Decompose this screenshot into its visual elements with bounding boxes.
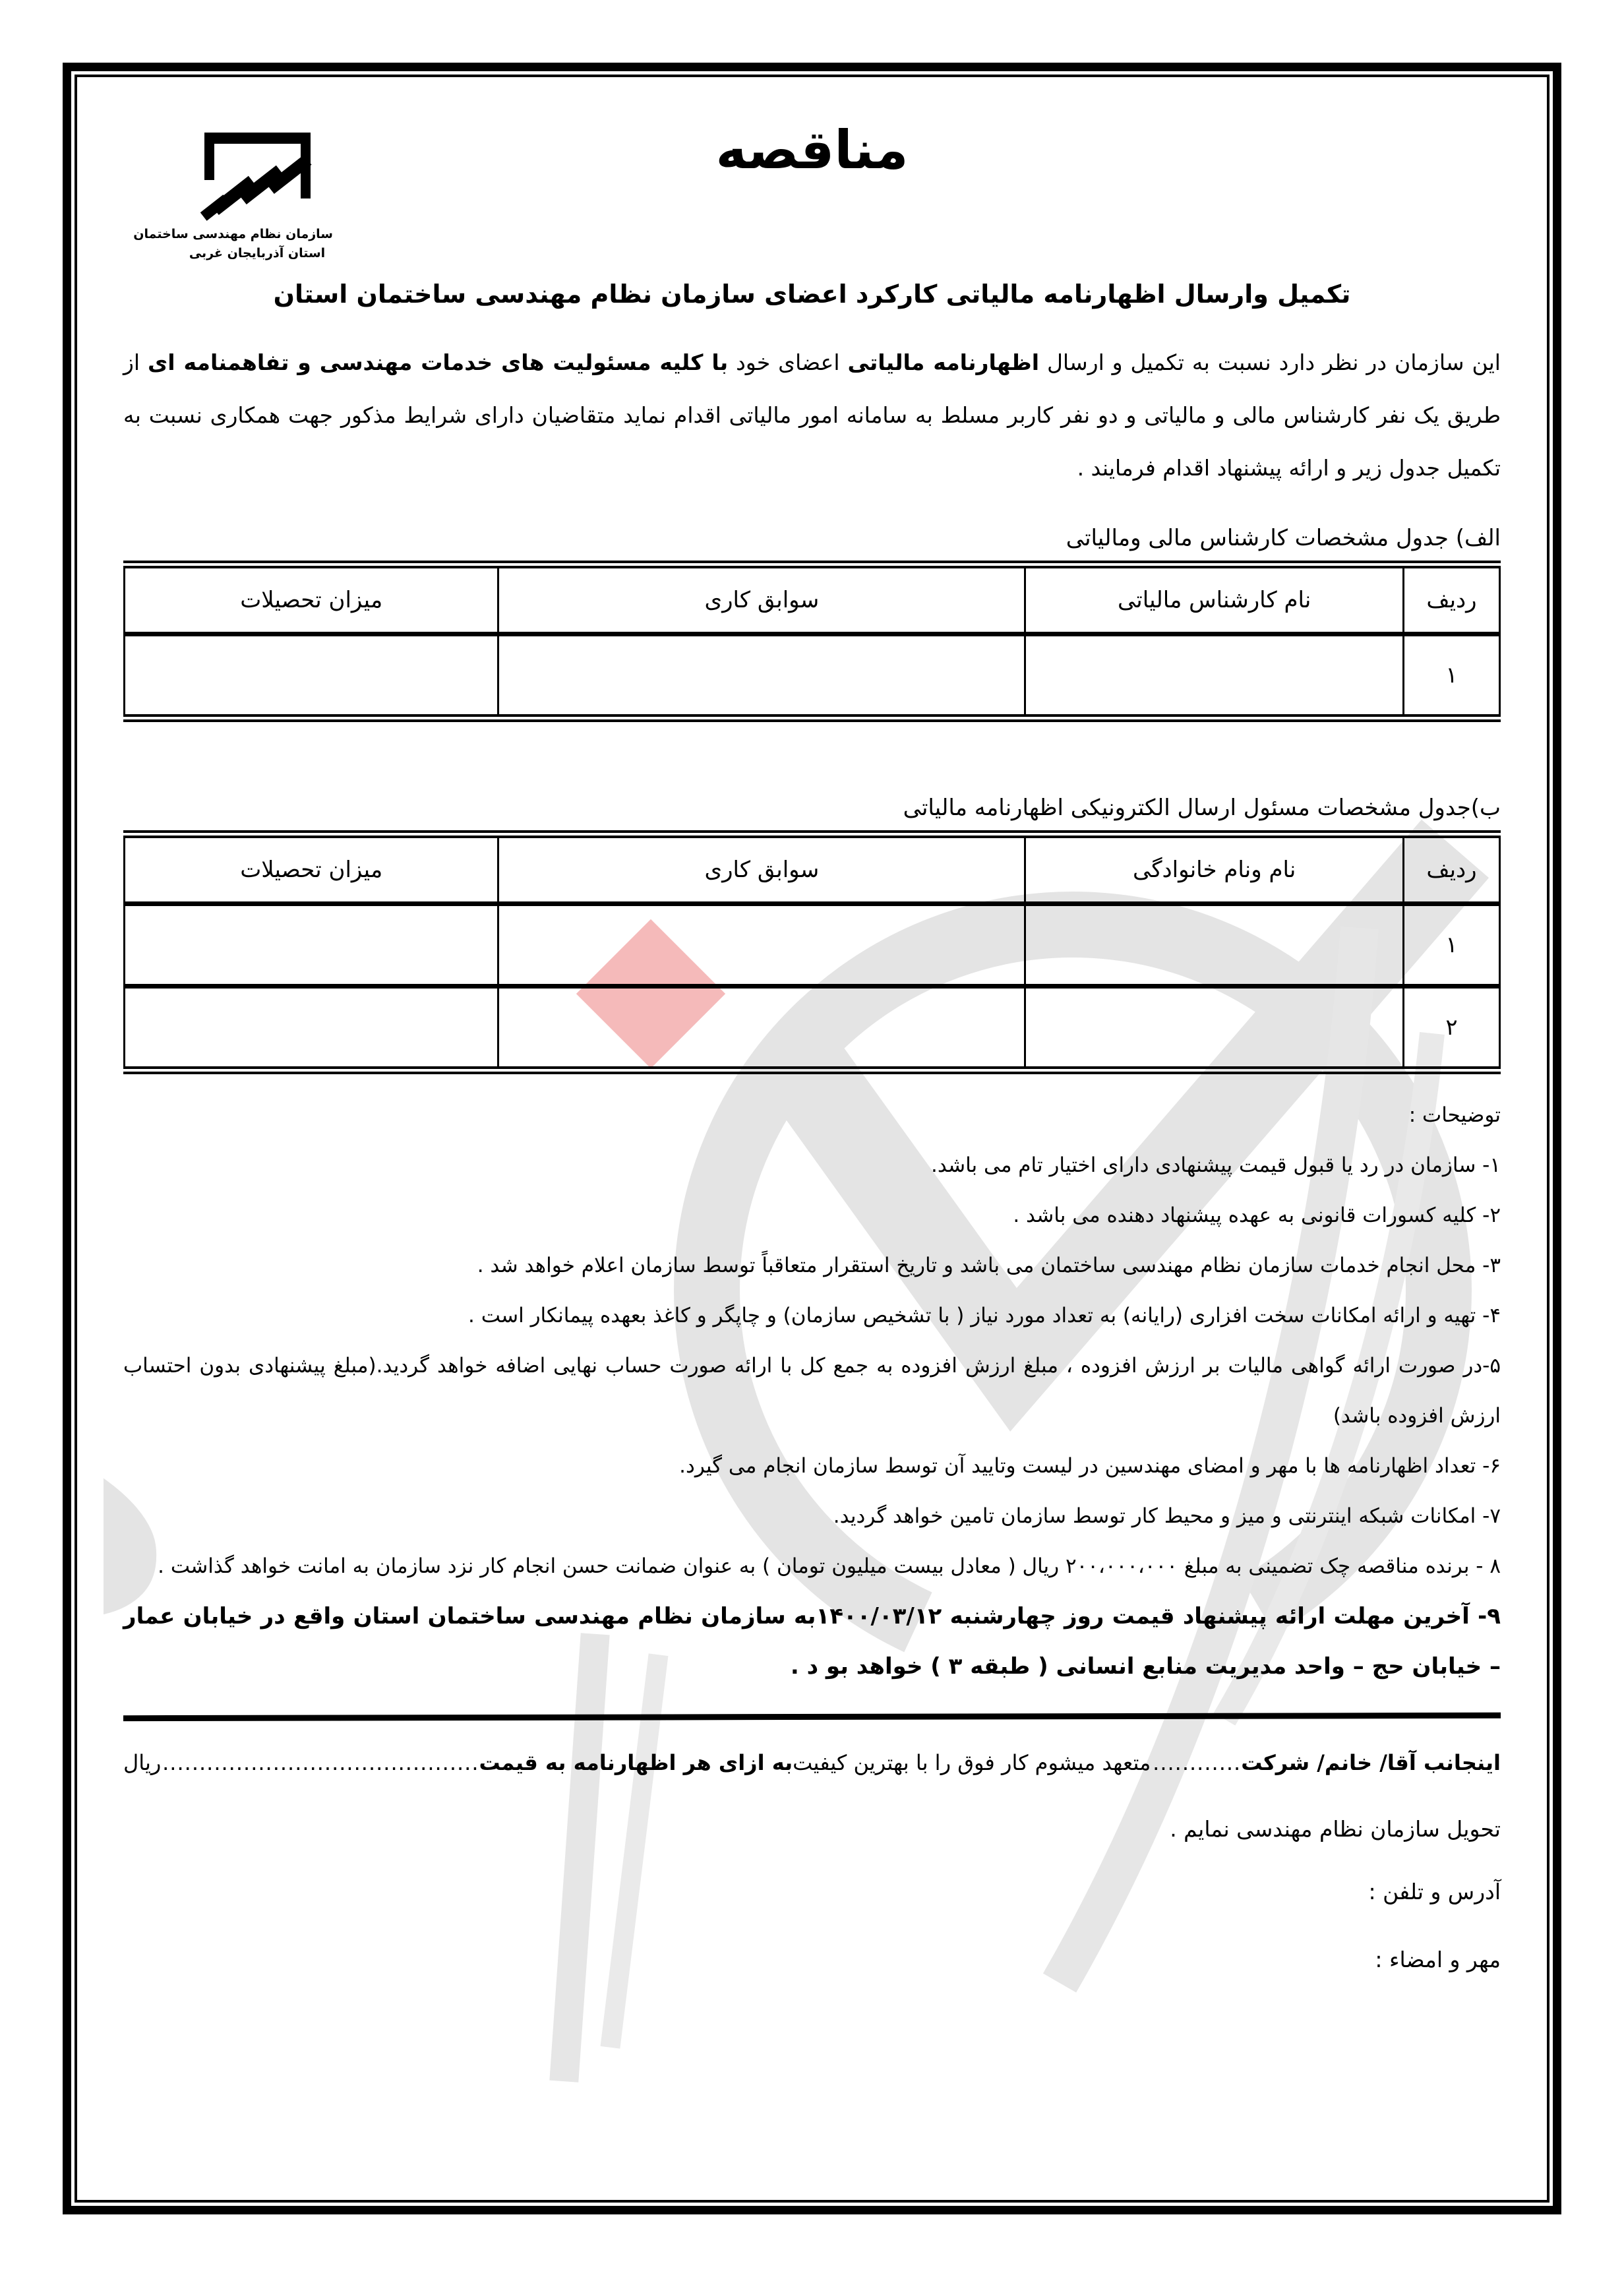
table-b-row2-education-cell: [125, 986, 498, 1070]
scanned-tender-document: { "header": { "title": "مناقصه", "subtit…: [0, 0, 1624, 2283]
table-b-row2-number: ۲: [1403, 986, 1499, 1070]
table-a-row1-experience-cell: [498, 634, 1025, 718]
table-b: ردیف نام ونام خانوادگی سوابق کاری میزان …: [123, 830, 1501, 1074]
note-item-7: ۷- امکانات شبکه اینترنتی و میز و محیط کا…: [123, 1491, 1501, 1541]
table-a-row1-education-cell: [125, 634, 498, 718]
note-item-6: ۶- تعداد اظهارنامه ها با مهر و امضای مهن…: [123, 1441, 1501, 1491]
organization-logo: سازمان نظام مهندسی ساختمان استان آذربایج…: [181, 126, 333, 264]
intro-paragraph: این سازمان در نظر دارد نسبت به تکمیل و ا…: [123, 336, 1501, 495]
notes-heading: توضیحات :: [123, 1090, 1501, 1140]
address-phone-label: آدرس و تلفن :: [123, 1879, 1501, 1904]
table-a-header-experience: سوابق کاری: [498, 564, 1025, 634]
table-b-header-education: میزان تحصیلات: [125, 834, 498, 904]
table-a-header-row: ردیف نام کارشناس مالیاتی سوابق کاری میزا…: [125, 564, 1500, 634]
note-item-2: ۲- کلیه کسورات قانونی به عهده پیشنهاد ده…: [123, 1190, 1501, 1240]
table-b-row1-experience-cell: [498, 903, 1025, 986]
table-a-row1-number: ۱: [1403, 634, 1499, 718]
pledge-text-bold: به ازای هر اظهارنامه به قیمت: [479, 1750, 793, 1775]
table-b-header-row: ردیف نام ونام خانوادگی سوابق کاری میزان …: [125, 834, 1500, 904]
logo-caption-line1: سازمان نظام مهندسی ساختمان: [181, 225, 333, 244]
intro-text-1: این سازمان در نظر دارد نسبت به تکمیل و ا…: [1039, 350, 1501, 375]
document-content: مناقصه سازمان نظام مهندسی ساختمان: [77, 77, 1547, 2200]
table-a-header-education: میزان تحصیلات: [125, 564, 498, 634]
intro-text-2: اعضای خود: [728, 350, 847, 375]
rial-label: ریال: [123, 1750, 161, 1775]
table-b-row2-name-cell: [1025, 986, 1404, 1070]
logo-caption-line2: استان آذربایجان غربی: [181, 244, 333, 263]
pledge-text-normal: متعهد میشوم کار فوق را با بهترین کیفیت: [793, 1750, 1151, 1775]
table-b-row-1: ۱: [125, 903, 1500, 986]
table-b-row1-number: ۱: [1403, 903, 1499, 986]
table-a-row1-name-cell: [1025, 634, 1404, 718]
pledge-applicant-label: اینجانب آقا/ خانم/ شرکت: [1241, 1750, 1501, 1775]
table-a-caption: الف) جدول مشخصات کارشناس مالی ومالیاتی: [123, 525, 1501, 551]
table-a-header-name: نام کارشناس مالیاتی: [1025, 564, 1404, 634]
pledge-line-2: تحویل سازمان نظام مهندسی نمایم .: [123, 1816, 1501, 1842]
note-item-8: ۸ - برنده مناقصه چک تضمینی به مبلغ ۲۰۰،۰…: [123, 1541, 1501, 1591]
table-a-header-row-number: ردیف: [1403, 564, 1499, 634]
document-header: مناقصه سازمان نظام مهندسی ساختمان: [123, 101, 1501, 269]
table-b-header-row-number: ردیف: [1403, 834, 1499, 904]
table-b-row2-experience-cell: [498, 986, 1025, 1070]
page-border-inner-line: هزاره مناقصه: [75, 75, 1549, 2203]
document-subtitle: تکمیل وارسال اظهارنامه مالیاتی کارکرد اع…: [123, 280, 1501, 309]
table-a: ردیف نام کارشناس مالیاتی سوابق کاری میزا…: [123, 561, 1501, 722]
table-b-row-2: ۲: [125, 986, 1500, 1070]
table-b-row1-education-cell: [125, 903, 498, 986]
seal-signature-label: مهر و امضاء :: [123, 1947, 1501, 1972]
table-b-row1-name-cell: [1025, 903, 1404, 986]
page-border-frame: هزاره مناقصه: [63, 63, 1561, 2214]
intro-bold-1: اظهارنامه مالیاتی: [847, 350, 1039, 375]
organization-logo-icon: [196, 126, 318, 225]
section-divider-line: [123, 1712, 1501, 1720]
applicant-name-blank: ....................... ................…: [1151, 1750, 1241, 1775]
note-item-5: ۵-در صورت ارائه گواهی مالیات بر ارزش افز…: [123, 1341, 1501, 1441]
intro-bold-2: با کلیه مسئولیت های خدمات مهندسی و تفاهم…: [148, 350, 728, 375]
table-b-header-name: نام ونام خانوادگی: [1025, 834, 1404, 904]
note-item-4: ۴- تهیه و ارائه امکانات سخت افزاری (رایا…: [123, 1291, 1501, 1341]
table-b-caption: ب)جدول مشخصات مسئول ارسال الکترونیکی اظه…: [123, 795, 1501, 821]
note-item-1: ۱- سازمان در رد یا قبول قیمت پیشنهادی دا…: [123, 1140, 1501, 1190]
table-a-row-1: ۱: [125, 634, 1500, 718]
pledge-line: اینجانب آقا/ خانم/ شرکت ................…: [123, 1750, 1501, 1775]
note-item-9-deadline: ۹- آخرین مهلت ارائه پیشنهاد قیمت روز چها…: [123, 1591, 1501, 1691]
note-item-3: ۳- محل انجام خدمات سازمان نظام مهندسی سا…: [123, 1240, 1501, 1291]
price-blank: ........................................…: [161, 1750, 479, 1775]
table-b-header-experience: سوابق کاری: [498, 834, 1025, 904]
